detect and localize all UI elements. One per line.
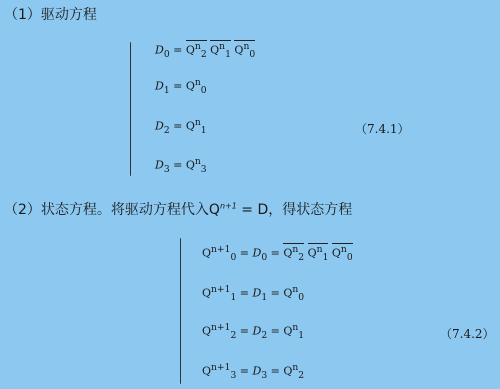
equation-number-7-4-2: （7.4.2）	[440, 325, 495, 342]
state-equation-q0: Qn+10 = D0 = Qn2 Qn1 Qn0	[202, 243, 353, 262]
equation-d3: D3 = Qn3	[155, 157, 207, 174]
state-equation-q1: Qn+11 = D1 = Qn0	[202, 285, 304, 302]
section2-heading: （2）状态方程。将驱动方程代入Qn+1 = D，得状态方程	[4, 199, 352, 219]
equation-d0: D0 = Qn2 Qn1 Qn0	[155, 40, 255, 59]
state-equation-q2: Qn+12 = D2 = Qn1	[202, 323, 304, 340]
state-equation-q3: Qn+13 = D3 = Qn2	[202, 363, 304, 380]
left-brace-1	[130, 42, 131, 176]
equation-d1: D1 = Qn0	[155, 78, 207, 95]
left-brace-2	[180, 238, 181, 384]
equation-number-7-4-1: （7.4.1）	[355, 120, 410, 137]
equation-d2: D2 = Qn1	[155, 118, 207, 135]
section1-heading: （1）驱动方程	[4, 4, 97, 24]
